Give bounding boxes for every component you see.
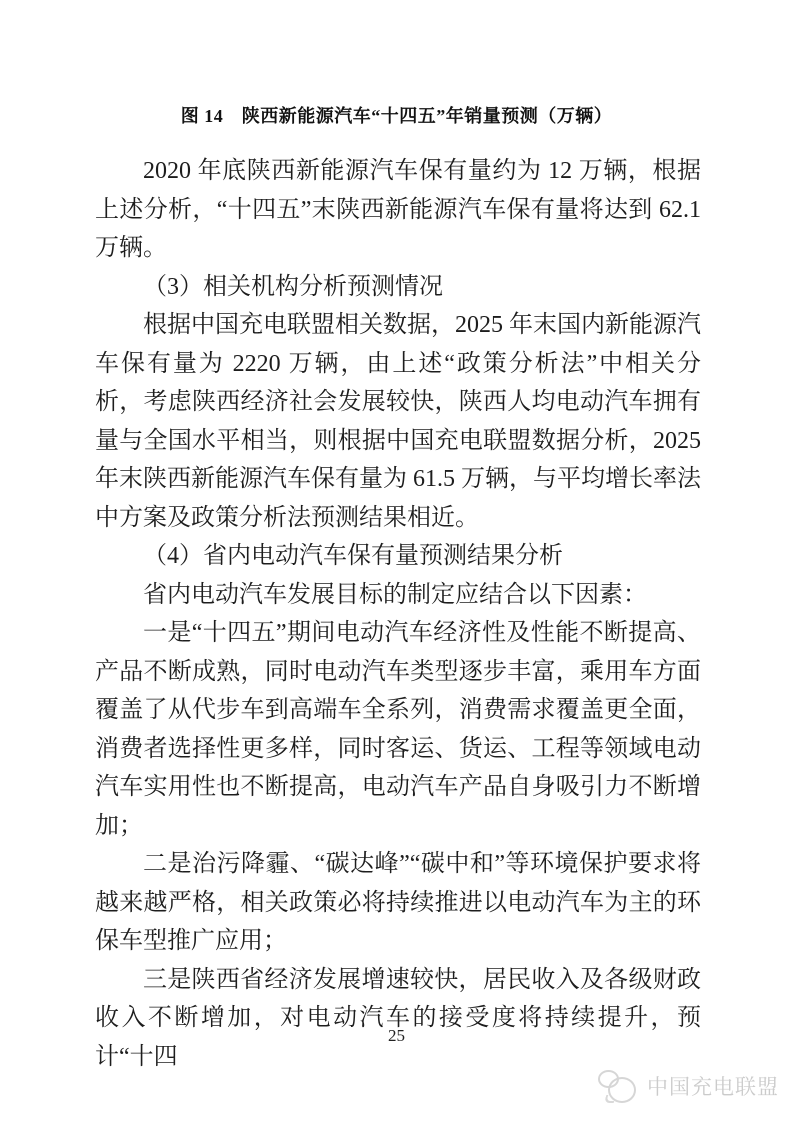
paragraph-holdings-summary: 2020 年底陕西新能源汽车保有量约为 12 万辆，根据上述分析，“十四五”末陕… (95, 152, 701, 268)
paragraph-factors-intro: 省内电动汽车发展目标的制定应结合以下因素： (95, 576, 701, 615)
watermark: 中国充电联盟 (597, 1066, 779, 1106)
document-page: 图 14 陕西新能源汽车“十四五”年销量预测（万辆） 2020 年底陕西新能源汽… (0, 0, 793, 1122)
page-number: 25 (0, 1026, 793, 1046)
paragraph-factor-two: 二是治污降霾、“碳达峰”“碳中和”等环境保护要求将越来越严格，相关政策必将持续推… (95, 845, 701, 961)
paragraph-alliance-data: 根据中国充电联盟相关数据，2025 年末国内新能源汽车保有量为 2220 万辆，… (95, 306, 701, 537)
alliance-logo-icon (597, 1067, 639, 1105)
figure-caption: 图 14 陕西新能源汽车“十四五”年销量预测（万辆） (0, 102, 793, 128)
document-body: 2020 年底陕西新能源汽车保有量约为 12 万辆，根据上述分析，“十四五”末陕… (95, 152, 701, 1076)
paragraph-factor-one: 一是“十四五”期间电动汽车经济性及性能不断提高、产品不断成熟，同时电动汽车类型逐… (95, 614, 701, 845)
heading-section-4: （4）省内电动汽车保有量预测结果分析 (95, 537, 701, 576)
paragraph-factor-three: 三是陕西省经济发展增速较快，居民收入及各级财政收入不断增加，对电动汽车的接受度将… (95, 961, 701, 1077)
watermark-label: 中国充电联盟 (647, 1071, 779, 1101)
heading-section-3: （3）相关机构分析预测情况 (95, 268, 701, 307)
